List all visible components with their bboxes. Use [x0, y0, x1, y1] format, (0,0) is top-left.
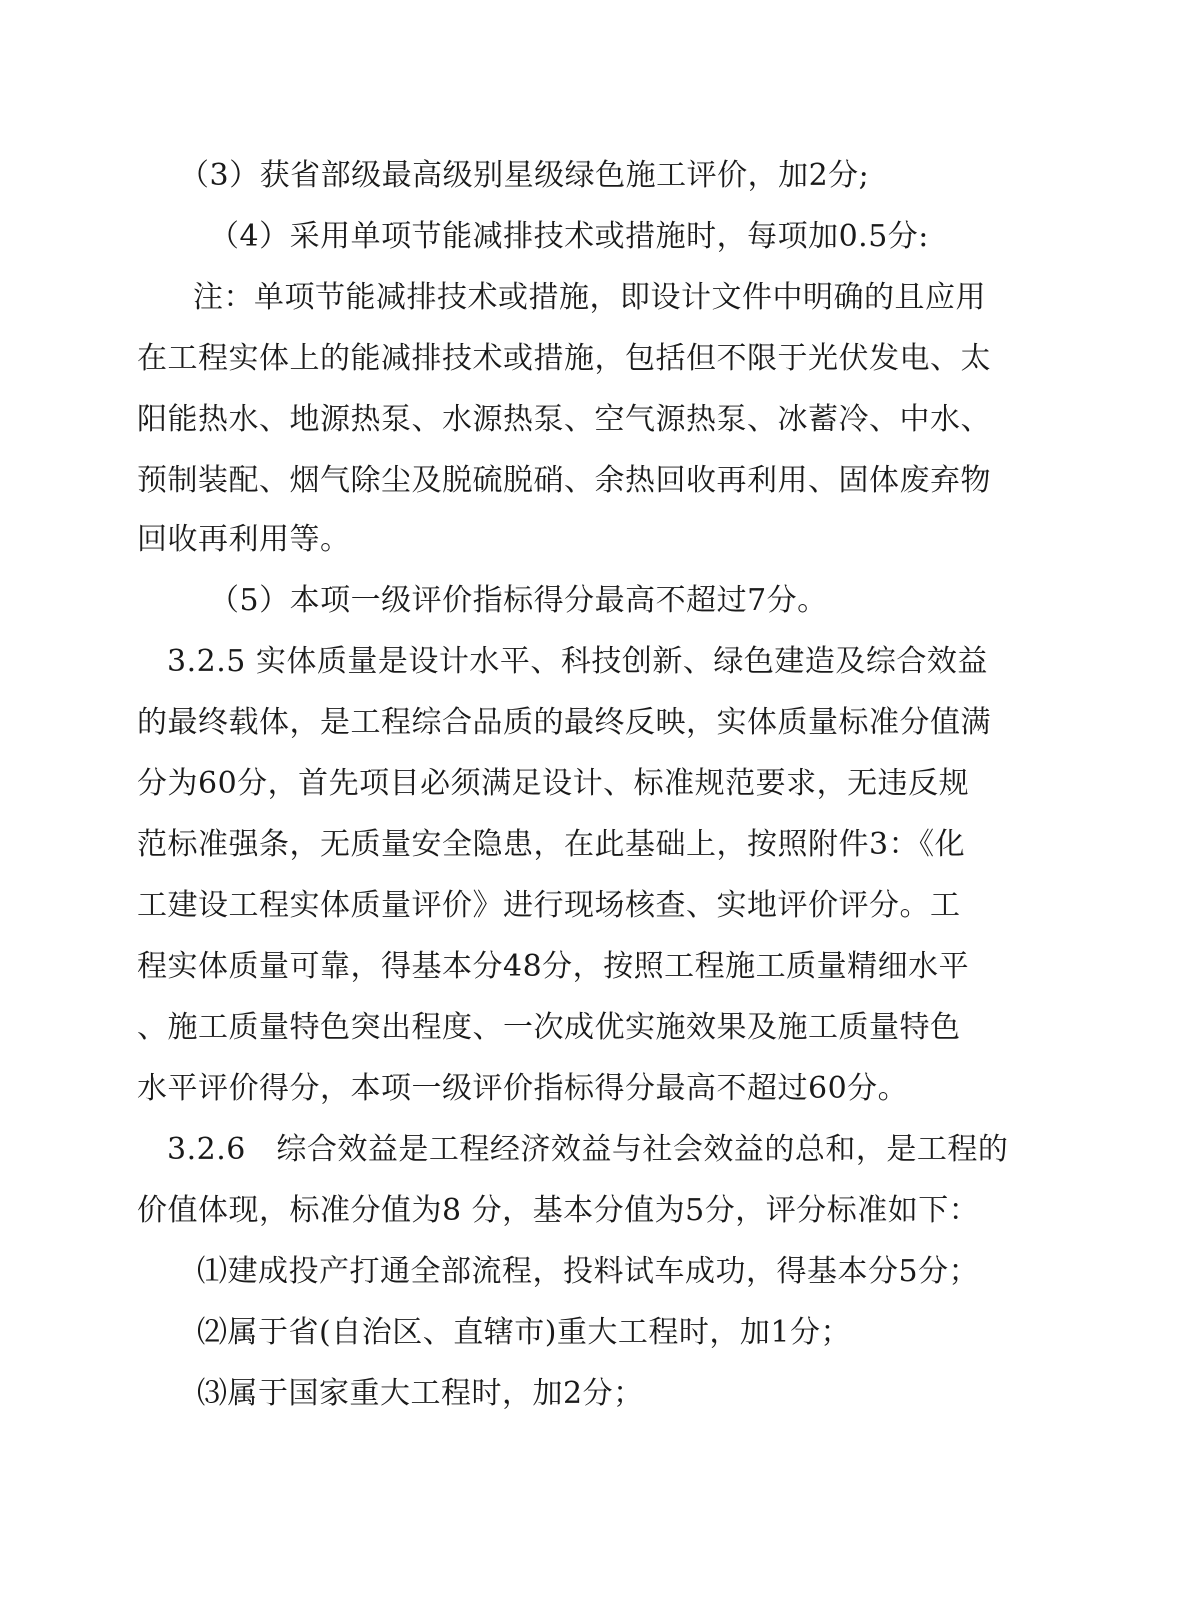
text-line-326-item-2: ⑵属于省(自治区、直辖市)重大工程时，加1分； — [197, 1313, 851, 1353]
text-line-325-2: 的最终载体，是工程综合品质的最终反映，实体质量标准分值满 — [137, 703, 991, 743]
text-line-325-7: 、施工质量特色突出程度、一次成优实施效果及施工质量特色 — [137, 1008, 961, 1048]
text-line-note-3: 阳能热水、地源热泵、水源热泵、空气源热泵、冰蓄冷、中水、 — [137, 400, 991, 440]
text-line-item-5: （5）本项一级评价指标得分最高不超过7分。 — [209, 581, 828, 621]
text-line-325-3: 分为60分，首先项目必须满足设计、标准规范要求，无违反规 — [137, 764, 969, 804]
text-line-326-item-1: ⑴建成投产打通全部流程，投料试车成功，得基本分5分； — [197, 1252, 979, 1292]
text-line-325-4: 范标准强条，无质量安全隐患，在此基础上，按照附件3：《化 — [137, 825, 965, 865]
section-heading-3-2-6: 3.2.6 综合效益是工程经济效益与社会效益的总和，是工程的 — [167, 1130, 1008, 1170]
text-line-item-4: （4）采用单项节能减排技术或措施时，每项加0.5分: — [209, 217, 929, 257]
text-line-note-start: 注：单项节能减排技术或措施，即设计文件中明确的且应用 — [193, 278, 986, 318]
text-line-note-4: 预制装配、烟气除尘及脱硫脱硝、余热回收再利用、固体废弃物 — [137, 461, 991, 501]
section-heading-3-2-5: 3.2.5 实体质量是设计水平、科技创新、绿色建造及综合效益 — [167, 642, 988, 682]
text-line-325-8: 水平评价得分，本项一级评价指标得分最高不超过60分。 — [137, 1069, 908, 1109]
text-line-item-3: （3）获省部级最高级别星级绿色施工评价，加2分; — [179, 156, 869, 196]
text-line-325-6: 程实体质量可靠，得基本分48分，按照工程施工质量精细水平 — [137, 947, 969, 987]
text-line-325-5: 工建设工程实体质量评价》进行现场核查、实地评价评分。工 — [137, 886, 961, 926]
text-line-326-item-3: ⑶属于国家重大工程时，加2分； — [197, 1374, 644, 1414]
text-line-note-end: 回收再利用等。 — [137, 520, 351, 560]
document-page: （3）获省部级最高级别星级绿色施工评价，加2分; （4）采用单项节能减排技术或措… — [0, 0, 1179, 1600]
text-line-note-2: 在工程实体上的能减排技术或措施，包括但不限于光伏发电、太 — [137, 339, 991, 379]
text-line-326-2: 价值体现，标准分值为8 分，基本分值为5分，评分标准如下： — [137, 1191, 979, 1231]
